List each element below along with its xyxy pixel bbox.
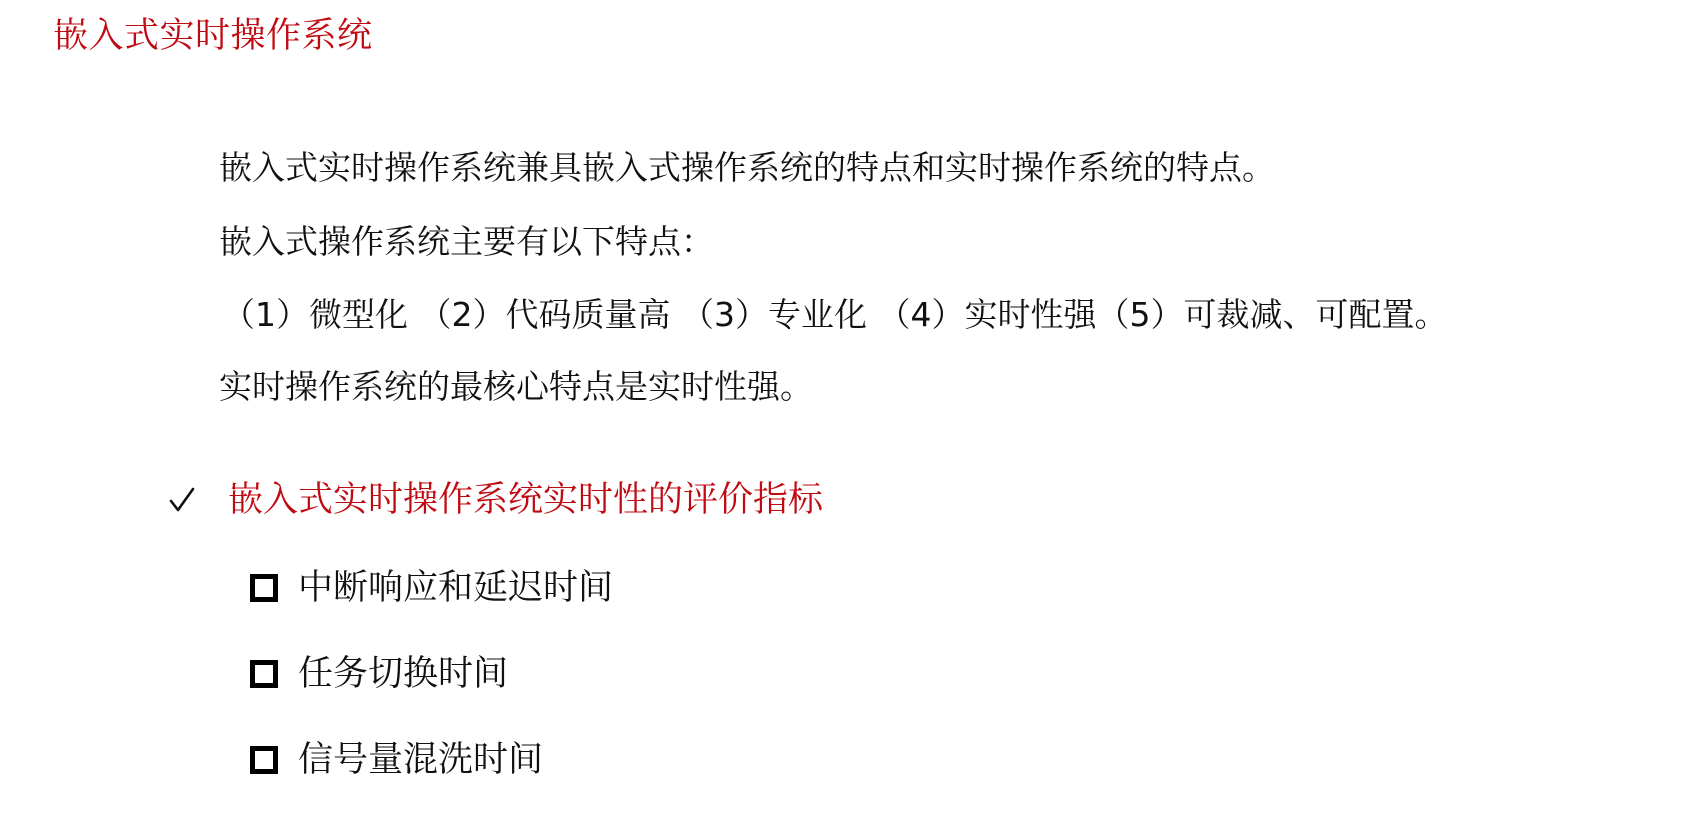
slide-title: 嵌入式实时操作系统 [53,14,373,58]
square-bullet-icon [250,574,278,602]
list-item-label: 中断响应和延迟时间 [298,566,613,610]
checkmark-icon [168,485,196,515]
intro-paragraph: 嵌入式实时操作系统兼具嵌入式操作系统的特点和实时操作系统的特点。 [219,146,1275,190]
features-lead-paragraph: 嵌入式操作系统主要有以下特点： [219,220,714,264]
section-heading-row: 嵌入式实时操作系统实时性的评价指标 [168,478,823,522]
list-item: 中断响应和延迟时间 [250,566,613,610]
list-item-label: 信号量混洗时间 [298,738,543,782]
section-heading: 嵌入式实时操作系统实时性的评价指标 [228,478,823,522]
square-bullet-icon [250,660,278,688]
features-list-paragraph: （1）微型化 （2）代码质量高 （3）专业化 （4）实时性强（5）可裁减、可配置… [222,293,1447,337]
list-item: 任务切换时间 [250,652,508,696]
list-item-label: 任务切换时间 [298,652,508,696]
square-bullet-icon [250,746,278,774]
list-item: 信号量混洗时间 [250,738,543,782]
core-feature-paragraph: 实时操作系统的最核心特点是实时性强。 [219,365,813,409]
